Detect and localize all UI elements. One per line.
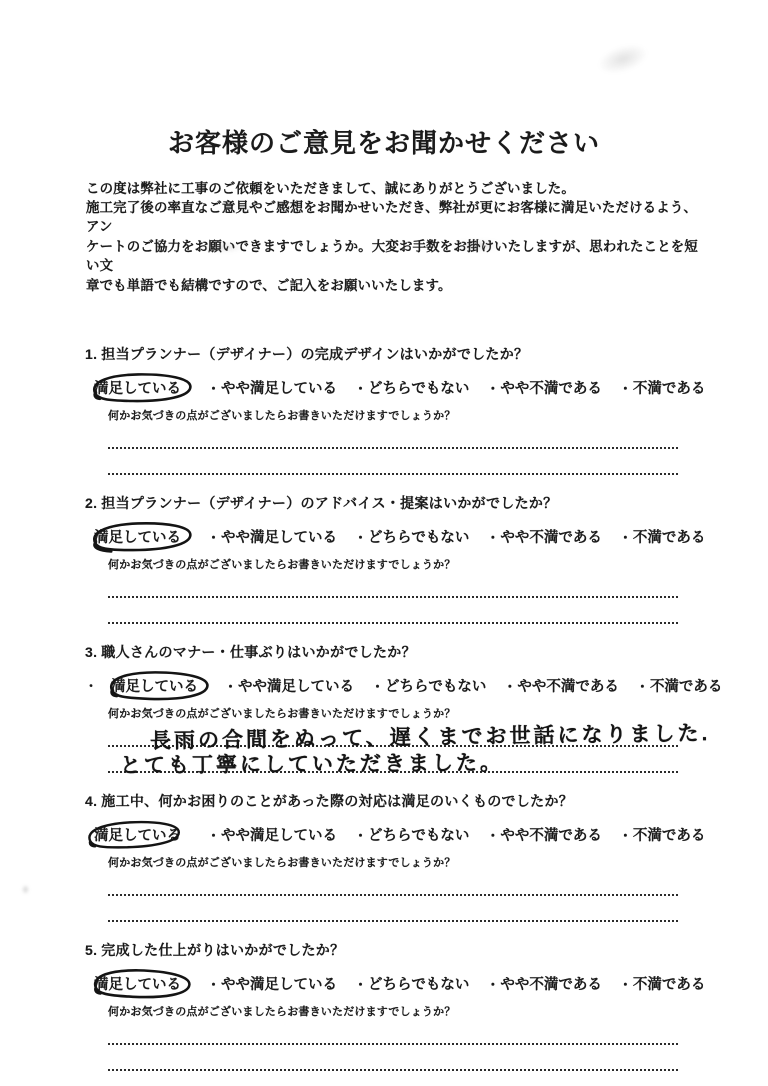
question-5: 5.完成した仕上がりはいかがでしたか？ 満足している ・やや満足している ・どち… [85,941,768,1071]
answer-area: 長雨の合間をぬって、遅くまでお世話になりました. とても丁寧にしていただきました… [108,745,678,773]
option-somewhat-dissatisfied: ・やや不満である [486,973,602,994]
option-satisfied: 満足している [85,824,190,845]
option-bullet: ・ [619,527,632,546]
option-dissatisfied: ・不満である [619,526,706,547]
comment-prompt: 何かお気づきの点がございましたらお書きいただけますでしょうか？ [108,856,768,870]
option-dissatisfied: ・不満である [636,675,723,696]
question-3-title: 3.職人さんのマナー・仕事ぶりはいかがでしたか？ [85,643,768,661]
option-bullet: ・ [486,378,499,397]
question-1: 1.担当プランナー（デザイナー）の完成デザインはいかがでしたか？ 満足している … [85,345,768,475]
option-bullet: ・ [619,378,632,397]
option-somewhat-satisfied: ・やや満足している [207,824,337,845]
option-satisfied-label: 満足している [94,824,181,845]
answer-line-1 [108,894,678,896]
question-number: 4. [85,793,97,809]
scan-smudge [200,242,244,253]
question-text: 完成した仕上がりはいかがでしたか？ [101,942,344,958]
question-text: 担当プランナー（デザイナー）のアドバイス・提案はいかがでしたか？ [101,495,557,511]
intro-paragraph: この度は弊社に工事のご依頼をいただきまして、誠にありがとうございました。 施工完… [86,179,702,295]
question-number: 1. [85,346,97,362]
answer-line-2 [108,473,678,475]
question-3: 3.職人さんのマナー・仕事ぶりはいかがでしたか？ ・ 満足している ・やや満足し… [85,643,768,773]
answer-area [108,596,678,624]
option-somewhat-satisfied: ・やや満足している [207,973,337,994]
question-text: 担当プランナー（デザイナー）の完成デザインはいかがでしたか？ [101,346,528,362]
option-somewhat-dissatisfied: ・やや不満である [486,377,602,398]
answer-line-2 [108,920,678,922]
option-dissatisfied: ・不満である [619,973,706,994]
question-2: 2.担当プランナー（デザイナー）のアドバイス・提案はいかがでしたか？ 満足してい… [85,494,768,624]
option-somewhat-dissatisfied: ・やや不満である [503,675,619,696]
option-neutral: ・どちらでもない [354,973,469,994]
option-bullet: ・ [619,974,632,993]
intro-line: ケートのご協力をお願いできますでしょうか。大変お手数をお掛けいたしますが、思われ… [86,237,702,276]
option-bullet: ・ [486,527,499,546]
answer-line-2 [108,622,678,624]
question-number: 2. [85,495,97,511]
question-text: 職人さんのマナー・仕事ぶりはいかがでしたか？ [101,644,416,660]
answer-line-1 [108,596,678,598]
option-bullet: ・ [486,825,499,844]
option-bullet: ・ [224,676,237,695]
option-satisfied: 満足している [85,973,190,994]
question-1-options: 満足している ・やや満足している ・どちらでもない ・やや不満である ・不満であ… [85,375,768,399]
comment-prompt: 何かお気づきの点がございましたらお書きいただけますでしょうか？ [108,1005,768,1019]
option-satisfied-label: 満足している [94,526,181,547]
question-list: 1.担当プランナー（デザイナー）の完成デザインはいかがでしたか？ 満足している … [0,345,768,1071]
option-bullet: ・ [619,825,632,844]
option-satisfied-label: 満足している [94,377,181,398]
scan-smudge [452,239,504,252]
survey-page: お客様のご意見をお聞かせください この度は弊社に工事のご依頼をいただきまして、誠… [0,0,768,1086]
option-bullet: ・ [207,974,220,993]
option-dissatisfied: ・不満である [619,377,706,398]
option-somewhat-satisfied: ・やや満足している [207,526,337,547]
question-4: 4.施工中、何かお困りのことがあった際の対応は満足のいくものでしたか？ 満足して… [85,792,768,922]
option-bullet: ・ [354,825,367,844]
intro-line: この度は弊社に工事のご依頼をいただきまして、誠にありがとうございました。 [86,179,702,198]
option-satisfied: 満足している [85,377,190,398]
question-5-options: 満足している ・やや満足している ・どちらでもない ・やや不満である ・不満であ… [85,971,768,995]
option-somewhat-dissatisfied: ・やや不満である [486,526,602,547]
option-bullet: ・ [85,677,97,694]
question-text: 施工中、何かお困りのことがあった際の対応は満足のいくものでしたか？ [101,793,573,809]
question-number: 3. [85,644,97,660]
option-bullet: ・ [354,378,367,397]
question-3-options: ・ 満足している ・やや満足している ・どちらでもない ・やや不満である ・不満… [85,673,768,697]
scan-smudge [22,885,29,894]
option-bullet: ・ [371,676,384,695]
option-bullet: ・ [486,974,499,993]
question-number: 5. [85,942,97,958]
page-title: お客様のご意見をお聞かせください [0,17,768,161]
option-bullet: ・ [354,974,367,993]
option-bullet: ・ [207,527,220,546]
option-somewhat-satisfied: ・やや満足している [224,675,354,696]
question-1-title: 1.担当プランナー（デザイナー）の完成デザインはいかがでしたか？ [85,345,768,363]
option-satisfied-label: 満足している [111,675,198,696]
comment-prompt: 何かお気づきの点がございましたらお書きいただけますでしょうか？ [108,558,768,572]
option-somewhat-satisfied: ・やや満足している [207,377,337,398]
intro-line: 章でも単語でも結構ですので、ご記入をお願いいたします。 [86,276,702,295]
option-neutral: ・どちらでもない [354,526,469,547]
answer-line-2 [108,1069,678,1071]
intro-line: 施工完了後の率直なご意見やご感想をお聞かせいただき、弊社が更にお客様に満足いただ… [86,198,702,237]
question-5-title: 5.完成した仕上がりはいかがでしたか？ [85,941,768,959]
question-4-options: 満足している ・やや満足している ・どちらでもない ・やや不満である ・不満であ… [85,822,768,846]
answer-area [108,894,678,922]
option-neutral: ・どちらでもない [354,377,469,398]
answer-line-1 [108,1043,678,1045]
option-satisfied-label: 満足している [94,973,181,994]
option-neutral: ・どちらでもない [354,824,469,845]
option-bullet: ・ [636,676,649,695]
option-bullet: ・ [207,825,220,844]
option-neutral: ・どちらでもない [371,675,486,696]
question-2-options: 満足している ・やや満足している ・どちらでもない ・やや不満である ・不満であ… [85,524,768,548]
option-dissatisfied: ・不満である [619,824,706,845]
option-bullet: ・ [207,378,220,397]
answer-area [108,447,678,475]
question-2-title: 2.担当プランナー（デザイナー）のアドバイス・提案はいかがでしたか？ [85,494,768,512]
option-somewhat-dissatisfied: ・やや不満である [486,824,602,845]
question-4-title: 4.施工中、何かお困りのことがあった際の対応は満足のいくものでしたか？ [85,792,768,810]
answer-line-1 [108,447,678,449]
option-satisfied: 満足している [85,526,190,547]
option-bullet: ・ [354,527,367,546]
handwritten-answer-line-2: とても丁寧にしていただきました。 [120,747,504,780]
answer-area [108,1043,678,1071]
option-bullet: ・ [503,676,516,695]
option-satisfied: 満足している [102,675,207,696]
comment-prompt: 何かお気づきの点がございましたらお書きいただけますでしょうか？ [108,409,768,423]
